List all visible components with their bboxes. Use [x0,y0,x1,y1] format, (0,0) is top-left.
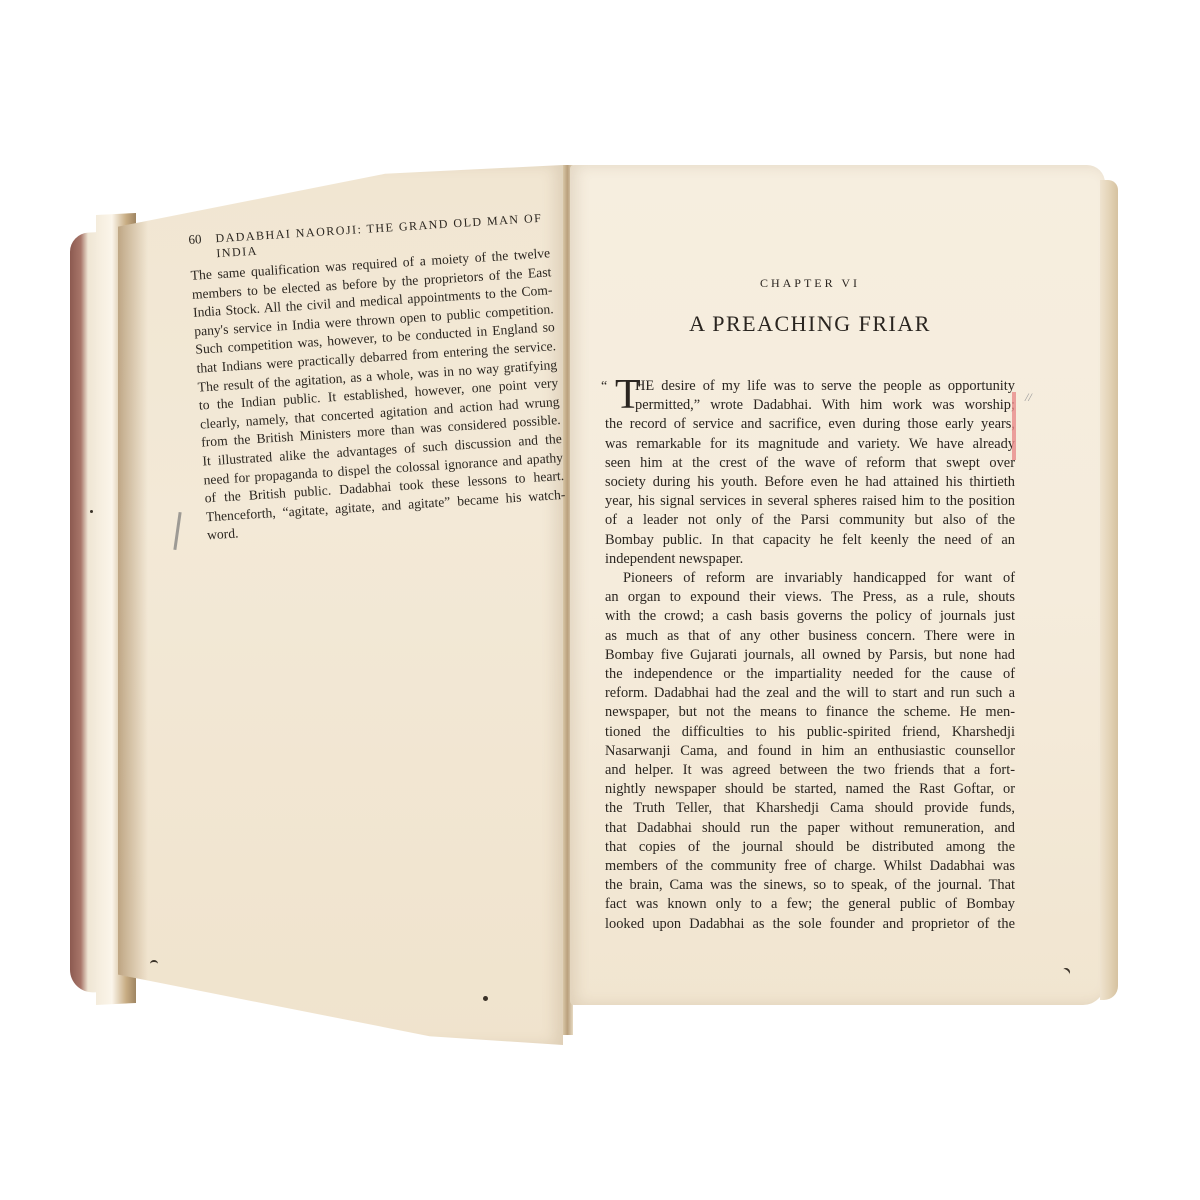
text-line: the brain, Cama was the sinews, so to sp… [605,876,1015,895]
opening-paragraph: “ T HE desire of my life was to serve th… [605,377,1015,415]
text-line: Nasarwanji Cama, and found in him an ent… [605,742,1015,761]
highlighter-margin-mark [1012,392,1016,460]
text-line: of a leader not only of the Parsi commun… [605,511,1015,530]
drop-cap: T [615,375,641,415]
text-line: the independence or the impartiality nee… [605,665,1015,684]
text-line: newspaper, but not the means to finance … [605,703,1015,722]
text-line: Bombay public. In that capacity he felt … [605,531,1015,550]
right-page-stack [1100,180,1118,1000]
text-line: that copies of the journal should be dis… [605,838,1015,857]
text-line: the record of service and sacrifice, eve… [605,415,1015,434]
text-line: Pioneers of reform are invariably handic… [605,569,1015,588]
right-page-body: “ T HE desire of my life was to serve th… [605,377,1015,934]
text-line: tioned the difficulties to his public-sp… [605,723,1015,742]
text-line: nightly newspaper should be started, nam… [605,780,1015,799]
text-line: Bombay five Gujarati journals, all owned… [605,646,1015,665]
text-line: members of the community free of charge.… [605,857,1015,876]
text-line: was remarkable for its magnitude and var… [605,435,1015,454]
text-line: HE desire of my life was to serve the pe… [635,377,1015,396]
text-line: as much as that of any other business co… [605,627,1015,646]
page-number: 60 [188,231,202,248]
left-page-content: 60 DADABHAI NAOROJI: THE GRAND OLD MAN O… [188,209,567,545]
open-quote: “ [601,377,607,396]
text-line: fact was known only to a few; the genera… [605,895,1015,914]
text-line: reform. Dadabhai had the zeal and the wi… [605,684,1015,703]
text-line: society during his youth. Before even he… [605,473,1015,492]
text-line: looked upon Dadabhai as the sole founder… [605,915,1015,934]
text-line: the Truth Teller, that Kharshedji Cama s… [605,799,1015,818]
text-line: and helper. It was agreed between the tw… [605,761,1015,780]
text-line: an organ to expound their views. The Pre… [605,588,1015,607]
right-page-content: CHAPTER VI A PREACHING FRIAR “ T HE desi… [605,276,1015,934]
binding-hole [150,960,158,968]
pencil-margin-note: // [1025,390,1032,405]
open-book: 60 DADABHAI NAOROJI: THE GRAND OLD MAN O… [0,0,1200,1200]
text-line: that Dadabhai should run the paper witho… [605,819,1015,838]
text-line: independent newspaper. [605,550,1015,569]
text-line: year, his signal services in several sph… [605,492,1015,511]
binding-hole [483,996,488,1001]
text-line: permitted,” wrote Dadabhai. With him wor… [635,396,1015,415]
text-line: with the crowd; a cash basis governs the… [605,607,1015,626]
paper-speck [90,510,93,513]
chapter-title: A PREACHING FRIAR [605,311,1015,337]
text-line: seen him at the crest of the wave of ref… [605,454,1015,473]
chapter-label: CHAPTER VI [605,276,1015,291]
left-page-body: The same qualification was required of a… [190,244,567,545]
